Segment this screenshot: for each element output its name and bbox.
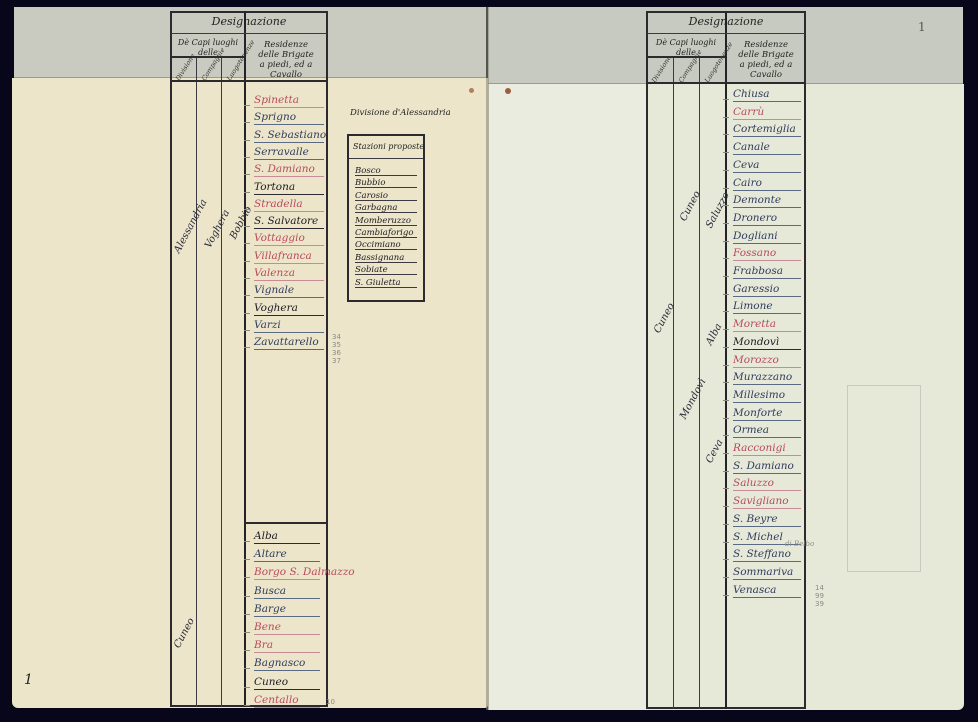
residence-entry: Morozzo	[733, 353, 801, 370]
residence-entry: Frabbosa	[733, 264, 801, 281]
margin-tick	[723, 276, 729, 277]
residence-label-line: a piedi, ed a Cavallo	[246, 60, 326, 80]
residence-name: Dronero	[733, 212, 777, 224]
underline	[733, 243, 801, 244]
residence-entry: Millesimo	[733, 388, 801, 405]
bleed-through-box	[847, 385, 921, 572]
right-header-group: Dè Capi luoghi delle	[648, 38, 724, 58]
residence-entry: Fossano	[733, 246, 801, 263]
margin-tick	[244, 347, 250, 348]
divider	[171, 80, 327, 82]
residence-name: Millesimo	[733, 389, 785, 401]
residence-entry: Savigliano	[733, 494, 801, 511]
station-entry: Carosio	[355, 191, 417, 201]
underline	[733, 384, 801, 385]
residence-entry: Dronero	[733, 211, 801, 228]
divider	[725, 11, 727, 709]
underline	[254, 652, 320, 653]
divider	[245, 522, 327, 524]
margin-tick	[723, 559, 729, 560]
residence-name: Morozzo	[733, 354, 779, 366]
margin-tick	[723, 347, 729, 348]
underline	[733, 508, 801, 509]
residence-name: Cortemiglia	[733, 123, 796, 135]
margin-tick	[244, 209, 250, 210]
residence-entry: Barge	[254, 602, 320, 619]
residence-entry: S. Damiano	[254, 162, 324, 179]
underline	[355, 237, 417, 238]
residence-name: Barge	[254, 603, 286, 615]
residence-name: Dogliani	[733, 230, 778, 242]
residence-entry: Busca	[254, 584, 320, 601]
residence-entry: Voghera	[254, 301, 324, 318]
residence-entry: Bene	[254, 620, 320, 637]
residence-name: Busca	[254, 585, 286, 597]
residence-entry: S. Steffano	[733, 547, 801, 564]
margin-tick	[244, 541, 250, 542]
residence-entry: Moretta	[733, 317, 801, 334]
underline	[733, 437, 801, 438]
margin-tick	[723, 329, 729, 330]
residence-name: Demonte	[733, 194, 781, 206]
underline	[254, 211, 324, 212]
residence-name: Mondovì	[733, 336, 779, 348]
margin-tick	[244, 330, 250, 331]
underline	[254, 332, 324, 333]
left-header-residence: Residenze delle Brigate a piedi, ed a Ca…	[246, 40, 326, 80]
margin-tick	[244, 559, 250, 560]
margin-tick	[723, 542, 729, 543]
underline	[733, 278, 801, 279]
margin-tick	[244, 668, 250, 669]
pencil-mark: 36	[332, 349, 341, 357]
residence-entry: Demonte	[733, 193, 801, 210]
residence-entry: Borgo S. Dalmazzo	[254, 565, 320, 582]
underline	[733, 402, 801, 403]
residence-entry: Valenza	[254, 266, 324, 283]
divider	[244, 11, 246, 707]
residence-entry: Bagnasco	[254, 656, 320, 673]
residence-entry: Carrù	[733, 105, 801, 122]
underline	[355, 262, 417, 263]
pencil-note-bottom: 10	[326, 698, 335, 706]
residence-name: S. Sebastiano	[254, 129, 326, 141]
residence-name: Zavattarello	[254, 336, 319, 348]
underline	[733, 296, 801, 297]
residence-entry: S. Sebastiano	[254, 128, 324, 145]
residence-entry: Murazzano	[733, 370, 801, 387]
underline	[733, 455, 801, 456]
margin-tick	[723, 99, 729, 100]
residence-name: Sprigno	[254, 111, 296, 123]
margin-tick	[723, 488, 729, 489]
residence-name: Bagnasco	[254, 657, 305, 669]
margin-tick	[723, 418, 729, 419]
residence-entry: Chiusa	[733, 87, 801, 104]
underline	[733, 313, 801, 314]
residence-entry: S. Beyre	[733, 512, 801, 529]
underline	[733, 136, 801, 137]
residence-name: Garessio	[733, 283, 779, 295]
residence-name: Murazzano	[733, 371, 792, 383]
margin-tick	[723, 453, 729, 454]
residence-entry: Mondovì	[733, 335, 801, 352]
underline	[355, 187, 417, 188]
underline	[254, 315, 324, 316]
residence-name: Saluzzo	[733, 477, 774, 489]
underline	[254, 176, 324, 177]
margin-tick	[244, 596, 250, 597]
divider	[349, 158, 423, 159]
residence-entry: Centallo	[254, 693, 320, 710]
margin-tick	[244, 192, 250, 193]
underline	[355, 175, 417, 176]
underline	[254, 124, 324, 125]
underline	[355, 274, 417, 275]
left-header-group: Dè Capi luoghi delle	[172, 38, 244, 58]
residence-entry: Spinetta	[254, 93, 324, 110]
residence-name: S. Beyre	[733, 513, 778, 525]
center-fold	[486, 7, 489, 710]
residence-entry: Vottaggio	[254, 231, 324, 248]
residence-entry: Monforte	[733, 406, 801, 423]
margin-tick	[723, 365, 729, 366]
underline	[254, 670, 320, 671]
residence-name: Tortona	[254, 181, 295, 193]
underline	[254, 689, 320, 690]
residence-entry: Sprigno	[254, 110, 324, 127]
residence-name: S. Salvatore	[254, 215, 318, 227]
margin-tick	[723, 241, 729, 242]
underline	[733, 172, 801, 173]
margin-tick	[244, 650, 250, 651]
underline	[355, 287, 417, 288]
underline	[254, 194, 324, 195]
residence-label-line: delle Brigate	[246, 50, 326, 60]
right-header-residence: Residenze delle Brigate a piedi, ed a Ca…	[727, 40, 805, 80]
right-page-inner-strip	[488, 84, 648, 710]
underline	[254, 349, 324, 350]
margin-mark: 1	[24, 672, 33, 688]
pencil-marks-left: 34 35 36 37	[332, 333, 341, 365]
stain	[505, 88, 511, 94]
residence-name: Bra	[254, 639, 273, 651]
residence-label-line: Residenze	[246, 40, 326, 50]
margin-tick	[244, 105, 250, 106]
annotation-di-belbo: di Belbo	[785, 540, 814, 548]
underline	[355, 249, 417, 250]
margin-tick	[244, 313, 250, 314]
pencil-mark: 14	[815, 584, 824, 592]
underline	[355, 200, 417, 201]
margin-tick	[723, 134, 729, 135]
station-entry: Bosco	[355, 166, 417, 176]
residence-name: Moretta	[733, 318, 776, 330]
margin-tick	[723, 205, 729, 206]
residence-entry: Ormea	[733, 423, 801, 440]
pencil-mark: 39	[815, 600, 824, 608]
residence-name: Ormea	[733, 424, 769, 436]
underline	[733, 119, 801, 120]
station-entry: Occimiano	[355, 240, 417, 250]
margin-tick	[244, 243, 250, 244]
margin-tick	[723, 117, 729, 118]
underline	[254, 297, 324, 298]
residence-name: Chiusa	[733, 88, 770, 100]
residence-name: Valenza	[254, 267, 295, 279]
residence-entry: Racconigi	[733, 441, 801, 458]
underline	[254, 543, 320, 544]
residence-name: Altare	[254, 548, 287, 560]
residence-name: Racconigi	[733, 442, 786, 454]
residence-entry: Serravalle	[254, 145, 324, 162]
divider	[196, 58, 197, 707]
residence-entry: Limone	[733, 299, 801, 316]
margin-tick	[723, 170, 729, 171]
margin-tick	[244, 157, 250, 158]
residence-name: Centallo	[254, 694, 299, 706]
station-entry: S. Giuletta	[355, 278, 417, 288]
underline	[733, 420, 801, 421]
margin-tick	[244, 295, 250, 296]
underline	[733, 101, 801, 102]
margin-tick	[244, 174, 250, 175]
underline	[254, 280, 324, 281]
residence-name: S. Damiano	[733, 460, 794, 472]
margin-tick	[244, 577, 250, 578]
margin-tick	[723, 188, 729, 189]
residence-name: Serravalle	[254, 146, 309, 158]
underline	[254, 245, 324, 246]
pencil-mark: 99	[815, 592, 824, 600]
underline	[733, 190, 801, 191]
residence-name: Savigliano	[733, 495, 789, 507]
margin-tick	[723, 152, 729, 153]
residence-entry: Alba	[254, 529, 320, 546]
station-entry: Bassignana	[355, 253, 417, 263]
residence-name: Limone	[733, 300, 773, 312]
residence-name: Ceva	[733, 159, 759, 171]
corner-mark: 1	[918, 20, 926, 34]
underline	[254, 579, 320, 580]
residence-label-line: delle Brigate	[727, 50, 805, 60]
underline	[254, 616, 320, 617]
residence-entry: Zavattarello	[254, 335, 324, 352]
residence-entry: Cuneo	[254, 675, 320, 692]
residence-entry: Saluzzo	[733, 476, 801, 493]
pencil-marks-right: 14 99 39	[815, 584, 824, 608]
underline	[733, 490, 801, 491]
underline	[254, 142, 324, 143]
divider	[647, 82, 805, 84]
residence-entry: S. Salvatore	[254, 214, 324, 231]
station-entry: Garbagna	[355, 203, 417, 213]
residence-entry: Canale	[733, 140, 801, 157]
pencil-mark: 35	[332, 341, 341, 349]
underline	[733, 225, 801, 226]
residence-name: Voghera	[254, 302, 298, 314]
residence-name: Vignale	[254, 284, 294, 296]
residence-name: Sommariva	[733, 566, 793, 578]
margin-tick	[244, 261, 250, 262]
residence-name: Varzi	[254, 319, 281, 331]
residence-entry: Cairo	[733, 176, 801, 193]
residence-entry: Sommariva	[733, 565, 801, 582]
residence-entry: Tortona	[254, 180, 324, 197]
left-header-title: Designazione	[172, 15, 326, 28]
station-entry: Sobiate	[355, 265, 417, 275]
underline	[254, 228, 324, 229]
residence-name: Canale	[733, 141, 770, 153]
residence-name: Alba	[254, 530, 278, 542]
residence-name: S. Steffano	[733, 548, 791, 560]
underline	[733, 154, 801, 155]
margin-tick	[723, 524, 729, 525]
divider	[673, 58, 674, 709]
margin-tick	[244, 140, 250, 141]
right-header-title: Designazione	[648, 15, 804, 28]
margin-tick	[244, 614, 250, 615]
margin-tick	[723, 435, 729, 436]
underline	[733, 331, 801, 332]
residence-name: S. Damiano	[254, 163, 315, 175]
underline	[733, 597, 801, 598]
underline	[254, 159, 324, 160]
margin-tick	[723, 506, 729, 507]
residence-name: Cairo	[733, 177, 762, 189]
underline	[733, 260, 801, 261]
residence-name: Fossano	[733, 247, 776, 259]
underline	[355, 225, 417, 226]
divider	[221, 58, 222, 707]
residence-name: S. Michel	[733, 531, 783, 543]
margin-tick	[244, 705, 250, 706]
underline	[355, 212, 417, 213]
residence-name: Venasca	[733, 584, 776, 596]
margin-tick	[723, 382, 729, 383]
margin-tick	[244, 632, 250, 633]
station-entry: Bubbio	[355, 178, 417, 188]
margin-tick	[723, 311, 729, 312]
underline	[254, 634, 320, 635]
residence-name: Villafranca	[254, 250, 312, 262]
underline	[733, 561, 801, 562]
residence-entry: Bra	[254, 638, 320, 655]
station-entry: Cambiaforigo	[355, 228, 417, 238]
residence-entry: Vignale	[254, 283, 324, 300]
underline	[254, 707, 320, 708]
residence-entry: Cortemiglia	[733, 122, 801, 139]
residence-entry: Venasca	[733, 583, 801, 600]
residence-entry: Stradella	[254, 197, 324, 214]
pencil-mark: 34	[332, 333, 341, 341]
divider	[171, 33, 327, 34]
underline	[254, 598, 320, 599]
underline	[254, 263, 324, 264]
margin-tick	[244, 687, 250, 688]
division-note-title: Divisione d'Alessandria	[350, 108, 451, 118]
margin-tick	[723, 595, 729, 596]
residence-entry: Altare	[254, 547, 320, 564]
margin-tick	[723, 471, 729, 472]
stain	[469, 88, 474, 93]
residence-name: Monforte	[733, 407, 783, 419]
underline	[733, 349, 801, 350]
residence-entry: S. Damiano	[733, 459, 801, 476]
residence-name: Cuneo	[254, 676, 288, 688]
underline	[254, 561, 320, 562]
margin-tick	[723, 577, 729, 578]
residence-entry: Varzi	[254, 318, 324, 335]
residence-name: Vottaggio	[254, 232, 305, 244]
residence-name: Borgo S. Dalmazzo	[254, 566, 355, 578]
residence-name: Spinetta	[254, 94, 299, 106]
residence-label-line: Residenze	[727, 40, 805, 50]
margin-tick	[723, 400, 729, 401]
underline	[733, 526, 801, 527]
underline	[733, 367, 801, 368]
residence-entry: Dogliani	[733, 229, 801, 246]
residence-name: Carrù	[733, 106, 764, 118]
residence-entry: Garessio	[733, 282, 801, 299]
underline	[733, 579, 801, 580]
margin-tick	[244, 122, 250, 123]
station-entry: Momberuzzo	[355, 216, 417, 226]
margin-tick	[244, 226, 250, 227]
residence-name: Frabbosa	[733, 265, 783, 277]
stations-box-title: Stazioni proposte	[353, 142, 424, 151]
residence-name: Bene	[254, 621, 281, 633]
margin-tick	[723, 294, 729, 295]
underline	[733, 473, 801, 474]
residence-entry: Villafranca	[254, 249, 324, 266]
divider	[647, 33, 805, 34]
residence-label-line: a piedi, ed a Cavallo	[727, 60, 805, 80]
underline	[733, 207, 801, 208]
residence-entry: Ceva	[733, 158, 801, 175]
margin-tick	[244, 278, 250, 279]
pencil-mark: 37	[332, 357, 341, 365]
underline	[254, 107, 324, 108]
margin-tick	[723, 223, 729, 224]
residence-name: Stradella	[254, 198, 303, 210]
margin-tick	[723, 258, 729, 259]
